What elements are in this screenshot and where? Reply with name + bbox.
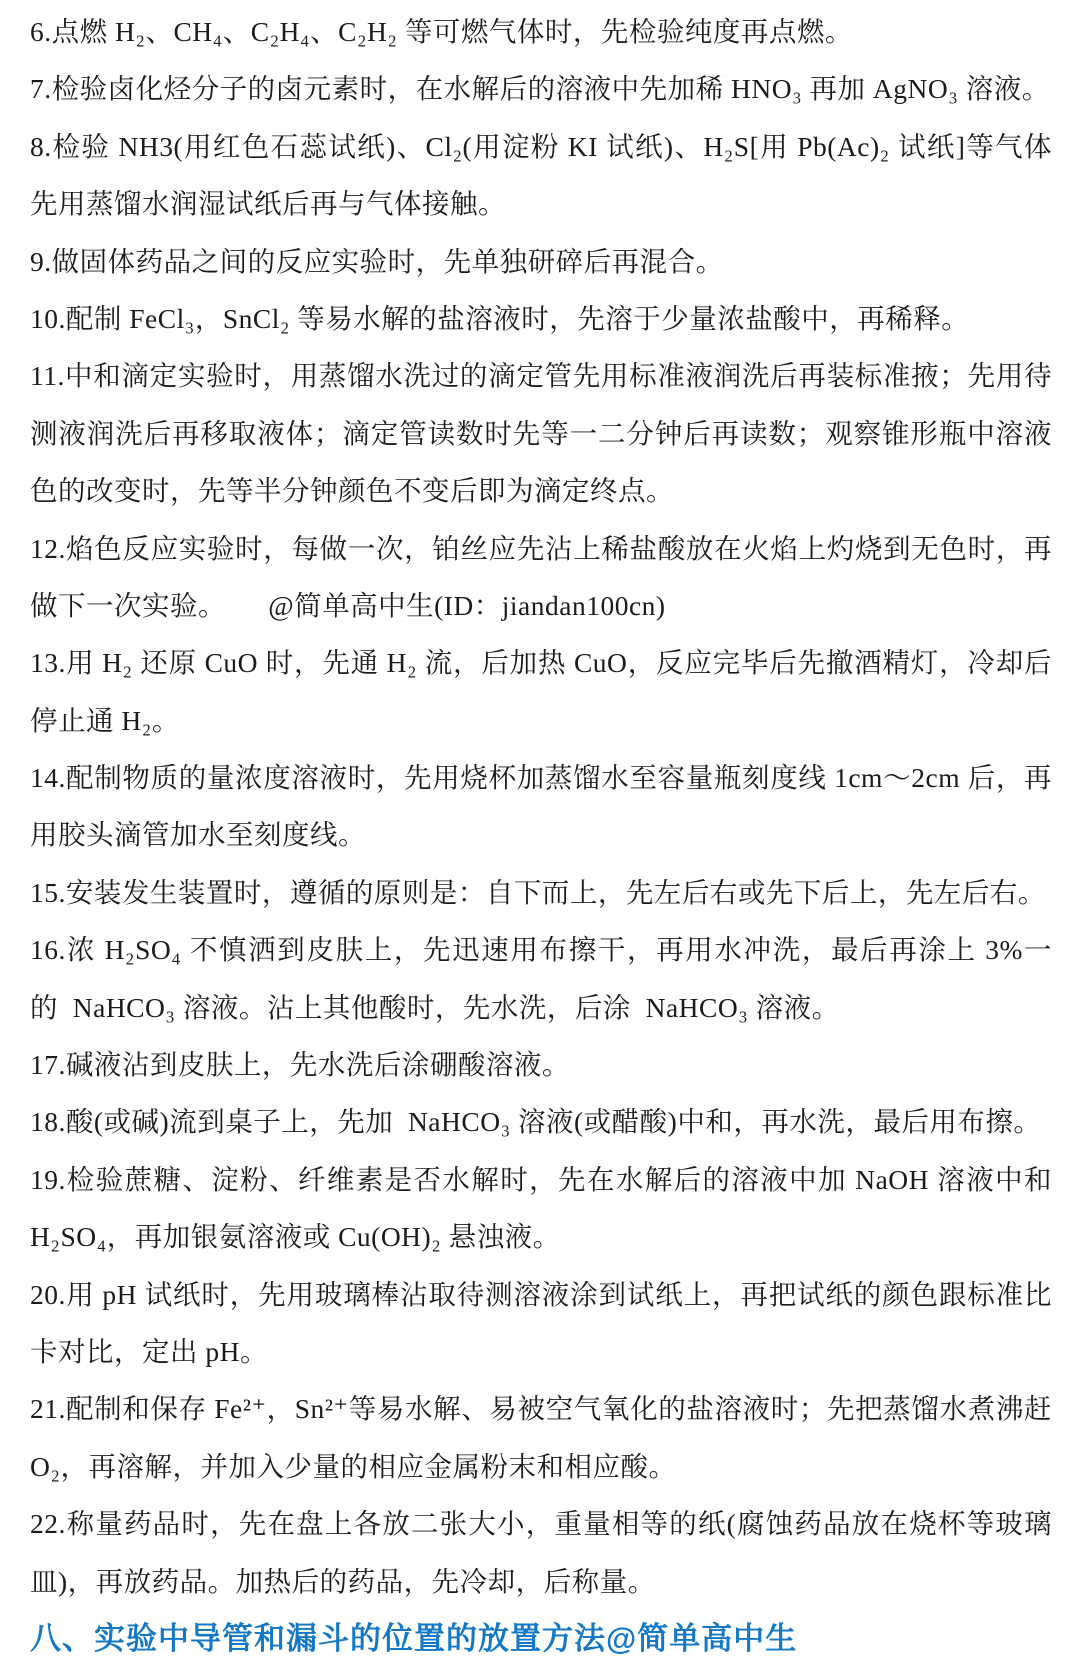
text-line-27: 22.称量药品时，先在盘上各放二张大小，重量相等的纸(腐蚀药品放在烧杯等玻璃器 [30, 1495, 1052, 1552]
text-line-03: 8.检验 NH3(用红色石蕊试纸)、Cl₂(用淀粉 KI 试纸)、H₂S[用 P… [30, 118, 1052, 175]
text-line-09: 色的改变时，先等半分钟颜色不变后即为滴定终点。 [30, 462, 1052, 519]
text-line-20: 18.酸(或碱)流到桌子上，先加 NaHCO₃ 溶液(或醋酸)中和，再水洗，最后… [30, 1093, 1052, 1150]
text-line-10: 12.焰色反应实验时，每做一次，铂丝应先沾上稀盐酸放在火焰上灼烧到无色时，再 [30, 520, 1052, 577]
text-line-07: 11.中和滴定实验时，用蒸馏水洗过的滴定管先用标准液润洗后再装标准掖；先用待 [30, 347, 1052, 404]
text-line-13: 停止通 H₂。 [30, 692, 1052, 749]
text-line-17: 16.浓 H₂SO₄ 不慎洒到皮肤上，先迅速用布擦干，再用水冲洗，最后再涂上 3… [30, 921, 1052, 978]
text-line-06: 10.配制 FeCl₃，SnCl₂ 等易水解的盐溶液时，先溶于少量浓盐酸中，再稀… [30, 290, 1052, 347]
text-line-04: 先用蒸馏水润湿试纸后再与气体接触。 [30, 175, 1052, 232]
document-page: 6.点燃 H₂、CH₄、C₂H₄、C₂H₂ 等可燃气体时，先检验纯度再点燃。 7… [0, 0, 1080, 1678]
text-line-21: 19.检验蔗糖、淀粉、纤维素是否水解时，先在水解后的溶液中加 NaOH 溶液中和 [30, 1151, 1052, 1208]
text-line-08: 测液润洗后再移取液体；滴定管读数时先等一二分钟后再读数；观察锥形瓶中溶液颜 [30, 405, 1052, 462]
text-line-18: 的 NaHCO₃ 溶液。沾上其他酸时，先水洗，后涂 NaHCO₃ 溶液。 [30, 979, 1052, 1036]
text-line-14: 14.配制物质的量浓度溶液时，先用烧杯加蒸馏水至容量瓶刻度线 1cm～2cm 后… [30, 749, 1052, 806]
text-line-16: 15.安装发生装置时，遵循的原则是：自下而上，先左后右或先下后上，先左后右。 [30, 864, 1052, 921]
text-line-19: 17.碱液沾到皮肤上，先水洗后涂硼酸溶液。 [30, 1036, 1052, 1093]
text-line-02: 7.检验卤化烃分子的卤元素时，在水解后的溶液中先加稀 HNO₃ 再加 AgNO₃… [30, 60, 1052, 117]
text-line-25: 21.配制和保存 Fe²⁺，Sn²⁺等易水解、易被空气氧化的盐溶液时；先把蒸馏水… [30, 1380, 1052, 1437]
text-line-28: 皿)，再放药品。加热后的药品，先冷却，后称量。 [30, 1553, 1052, 1610]
text-line-11: 做下一次实验。 @简单高中生(ID：jiandan100cn) [30, 577, 1052, 634]
text-line-15: 用胶头滴管加水至刻度线。 [30, 806, 1052, 863]
text-line-26: O₂，再溶解，并加入少量的相应金属粉末和相应酸。 [30, 1438, 1052, 1495]
text-line-24: 卡对比，定出 pH。 [30, 1323, 1052, 1380]
text-line-05: 9.做固体药品之间的反应实验时，先单独研碎后再混合。 [30, 233, 1052, 290]
text-line-12: 13.用 H₂ 还原 CuO 时，先通 H₂ 流，后加热 CuO，反应完毕后先撤… [30, 634, 1052, 691]
text-line-22: H₂SO₄，再加银氨溶液或 Cu(OH)₂ 悬浊液。 [30, 1208, 1052, 1265]
section-heading: 八、实验中导管和漏斗的位置的放置方法@简单高中生 [30, 1610, 1052, 1667]
text-line-23: 20.用 pH 试纸时，先用玻璃棒沾取待测溶液涂到试纸上，再把试纸的颜色跟标准比… [30, 1266, 1052, 1323]
text-line-01: 6.点燃 H₂、CH₄、C₂H₄、C₂H₂ 等可燃气体时，先检验纯度再点燃。 [30, 3, 1052, 60]
